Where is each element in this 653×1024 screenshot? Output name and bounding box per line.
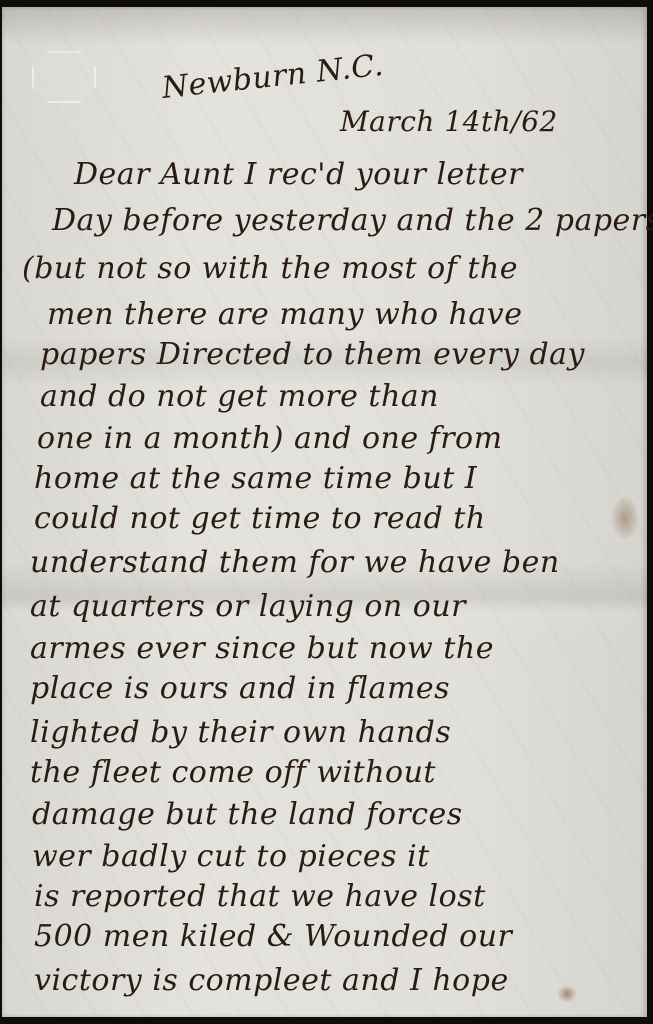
letter-line: victory is compleet and I hope	[34, 963, 509, 998]
letter-line: could not get time to read th	[34, 501, 486, 536]
letter-line: Day before yesterday and the 2 papers	[52, 203, 653, 238]
letter-line: damage but the land forces	[32, 797, 463, 832]
letter-line: and do not get more than	[40, 379, 439, 414]
letter-date: March 14th/62	[340, 105, 558, 138]
letter-line: (but not so with the most of the	[22, 251, 518, 286]
letter-line: Dear Aunt I rec'd your letter	[74, 157, 523, 192]
letter-line: is reported that we have lost	[34, 879, 486, 914]
letter-line: at quarters or laying on our	[30, 589, 466, 624]
letter-line: the fleet come off without	[30, 755, 436, 790]
letter-line: armes ever since but now the	[30, 631, 494, 666]
letter-line: men there are many who have	[47, 297, 522, 332]
letter-line: home at the same time but I	[34, 461, 477, 496]
letter-line: one in a month) and one from	[37, 421, 503, 456]
ink-stain	[612, 497, 638, 539]
letter-page: Newburn N.C. March 14th/62 Dear Aunt I r…	[2, 7, 647, 1017]
letter-line: understand them for we have ben	[30, 545, 560, 580]
letter-line: 500 men kiled & Wounded our	[34, 919, 512, 954]
letter-line: place is ours and in flames	[30, 671, 450, 706]
letter-line: wer badly cut to pieces it	[32, 839, 430, 874]
letter-line: papers Directed to them every day	[40, 337, 585, 372]
ink-stain	[557, 985, 577, 1003]
letter-line: lighted by their own hands	[30, 715, 451, 750]
embossed-stationery-seal-icon	[32, 51, 96, 103]
